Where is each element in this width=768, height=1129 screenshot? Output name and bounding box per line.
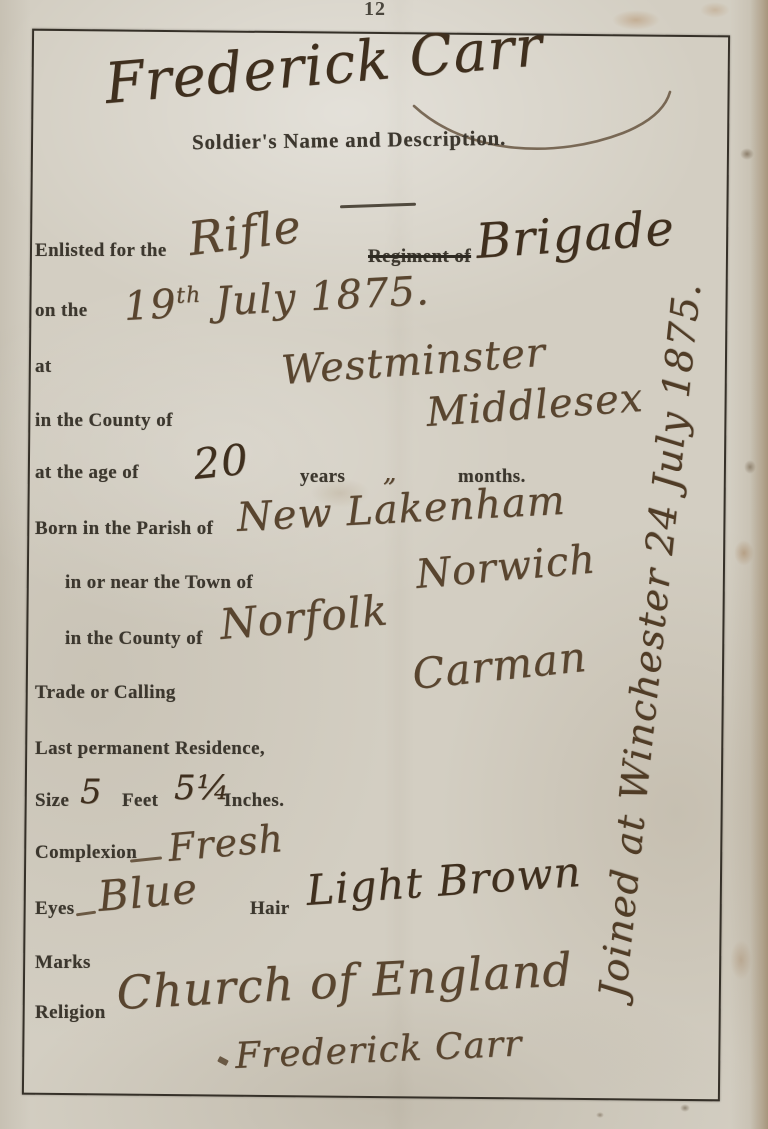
stain bbox=[680, 1104, 690, 1112]
value-eyes: Blue bbox=[96, 863, 200, 921]
stain bbox=[730, 940, 752, 980]
document-photo: 12 Frederick Carr Soldier's Name and Des… bbox=[0, 0, 768, 1129]
value-size-feet: 5 bbox=[80, 772, 103, 812]
label-complexion: Complexion bbox=[35, 842, 137, 864]
label-residence: Last permanent Residence, bbox=[35, 738, 265, 760]
label-born-parish: Born in the Parish of bbox=[35, 518, 213, 540]
value-enlist-ordinal: th bbox=[176, 283, 202, 309]
label-inches: Inches. bbox=[224, 790, 284, 812]
value-age-months-ditto: „ bbox=[383, 458, 397, 488]
label-feet: Feet bbox=[122, 790, 158, 812]
label-town: in or near the Town of bbox=[65, 572, 253, 594]
label-years: years bbox=[300, 466, 345, 488]
value-enlist-day: 19 bbox=[123, 281, 178, 330]
label-at: at bbox=[35, 356, 52, 378]
label-hair: Hair bbox=[250, 898, 290, 920]
label-marks: Marks bbox=[35, 952, 91, 974]
stain bbox=[596, 1112, 604, 1118]
page-edge-strip bbox=[750, 0, 768, 1129]
label-regiment-of-struck: Regiment of bbox=[368, 246, 471, 268]
label-age: at the age of bbox=[35, 462, 139, 484]
value-size-inches: 5¼ bbox=[174, 768, 231, 808]
stain bbox=[700, 2, 730, 18]
page-number: 12 bbox=[355, 0, 395, 21]
label-eyes: Eyes bbox=[35, 898, 75, 920]
label-enlist-county: in the County of bbox=[35, 410, 173, 432]
stain bbox=[612, 10, 660, 30]
signature-flourish-icon bbox=[408, 78, 678, 168]
label-religion: Religion bbox=[35, 1002, 106, 1024]
section-caption: Soldier's Name and Description. bbox=[192, 126, 506, 155]
label-trade: Trade or Calling bbox=[35, 682, 176, 704]
label-on-the: on the bbox=[35, 300, 88, 322]
label-size: Size bbox=[35, 790, 69, 812]
value-age-years: 20 bbox=[191, 434, 251, 489]
label-birth-county: in the County of bbox=[65, 628, 203, 650]
label-enlisted-for-the: Enlisted for the bbox=[35, 240, 167, 262]
